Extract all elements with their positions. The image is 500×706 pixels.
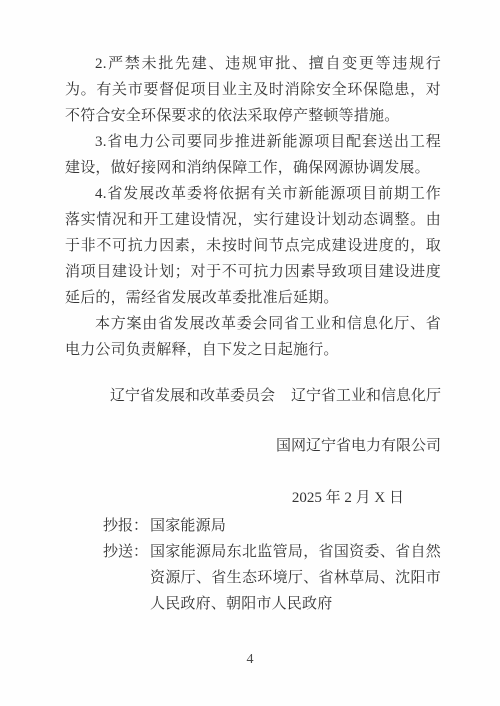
document-page: 2.严禁未批先建、违规审批、擅自变更等违规行为。有关市要督促项目业主及时消除安全… <box>0 0 500 706</box>
cc-send-value: 国家能源局东北监管局，省国资委、省自然资源厅、省生态环境厅、省林草局、沈阳市人民… <box>150 539 441 617</box>
paragraph-4: 4.省发展改革委将依据有关市新能源项目前期工作落实情况和开工建设情况，实行建设计… <box>65 181 441 311</box>
cc-report-label: 抄报： <box>103 513 148 539</box>
cc-report-row: 抄报： 国家能源局 <box>103 513 441 539</box>
signature-agency-right: 辽宁省工业和信息化厅 <box>291 383 441 409</box>
cc-report-value: 国家能源局 <box>150 513 441 539</box>
signature-row: 辽宁省发展和改革委员会 辽宁省工业和信息化厅 <box>0 383 500 409</box>
paragraph-3: 3.省电力公司要同步推进新能源项目配套送出工程建设，做好接网和消纳保障工作，确保… <box>65 129 441 181</box>
document-body: 2.严禁未批先建、违规审批、擅自变更等违规行为。有关市要督促项目业主及时消除安全… <box>0 0 500 363</box>
page-number: 4 <box>0 652 500 668</box>
paragraph-2: 2.严禁未批先建、违规审批、擅自变更等违规行为。有关市要督促项目业主及时消除安全… <box>65 51 441 129</box>
cc-send-label: 抄送： <box>103 539 148 617</box>
signature-agency-left: 辽宁省发展和改革委员会 <box>110 383 275 409</box>
cc-send-row: 抄送： 国家能源局东北监管局，省国资委、省自然资源厅、省生态环境厅、省林草局、沈… <box>103 539 441 617</box>
paragraph-closing: 本方案由省发展改革委会同省工业和信息化厅、省电力公司负责解释，自下发之日起施行。 <box>65 311 441 363</box>
cc-block: 抄报： 国家能源局 抄送： 国家能源局东北监管局，省国资委、省自然资源厅、省生态… <box>0 513 500 617</box>
signature-company: 国网辽宁省电力有限公司 <box>0 433 500 459</box>
signature-date: 2025 年 2 月 X 日 <box>0 485 500 511</box>
